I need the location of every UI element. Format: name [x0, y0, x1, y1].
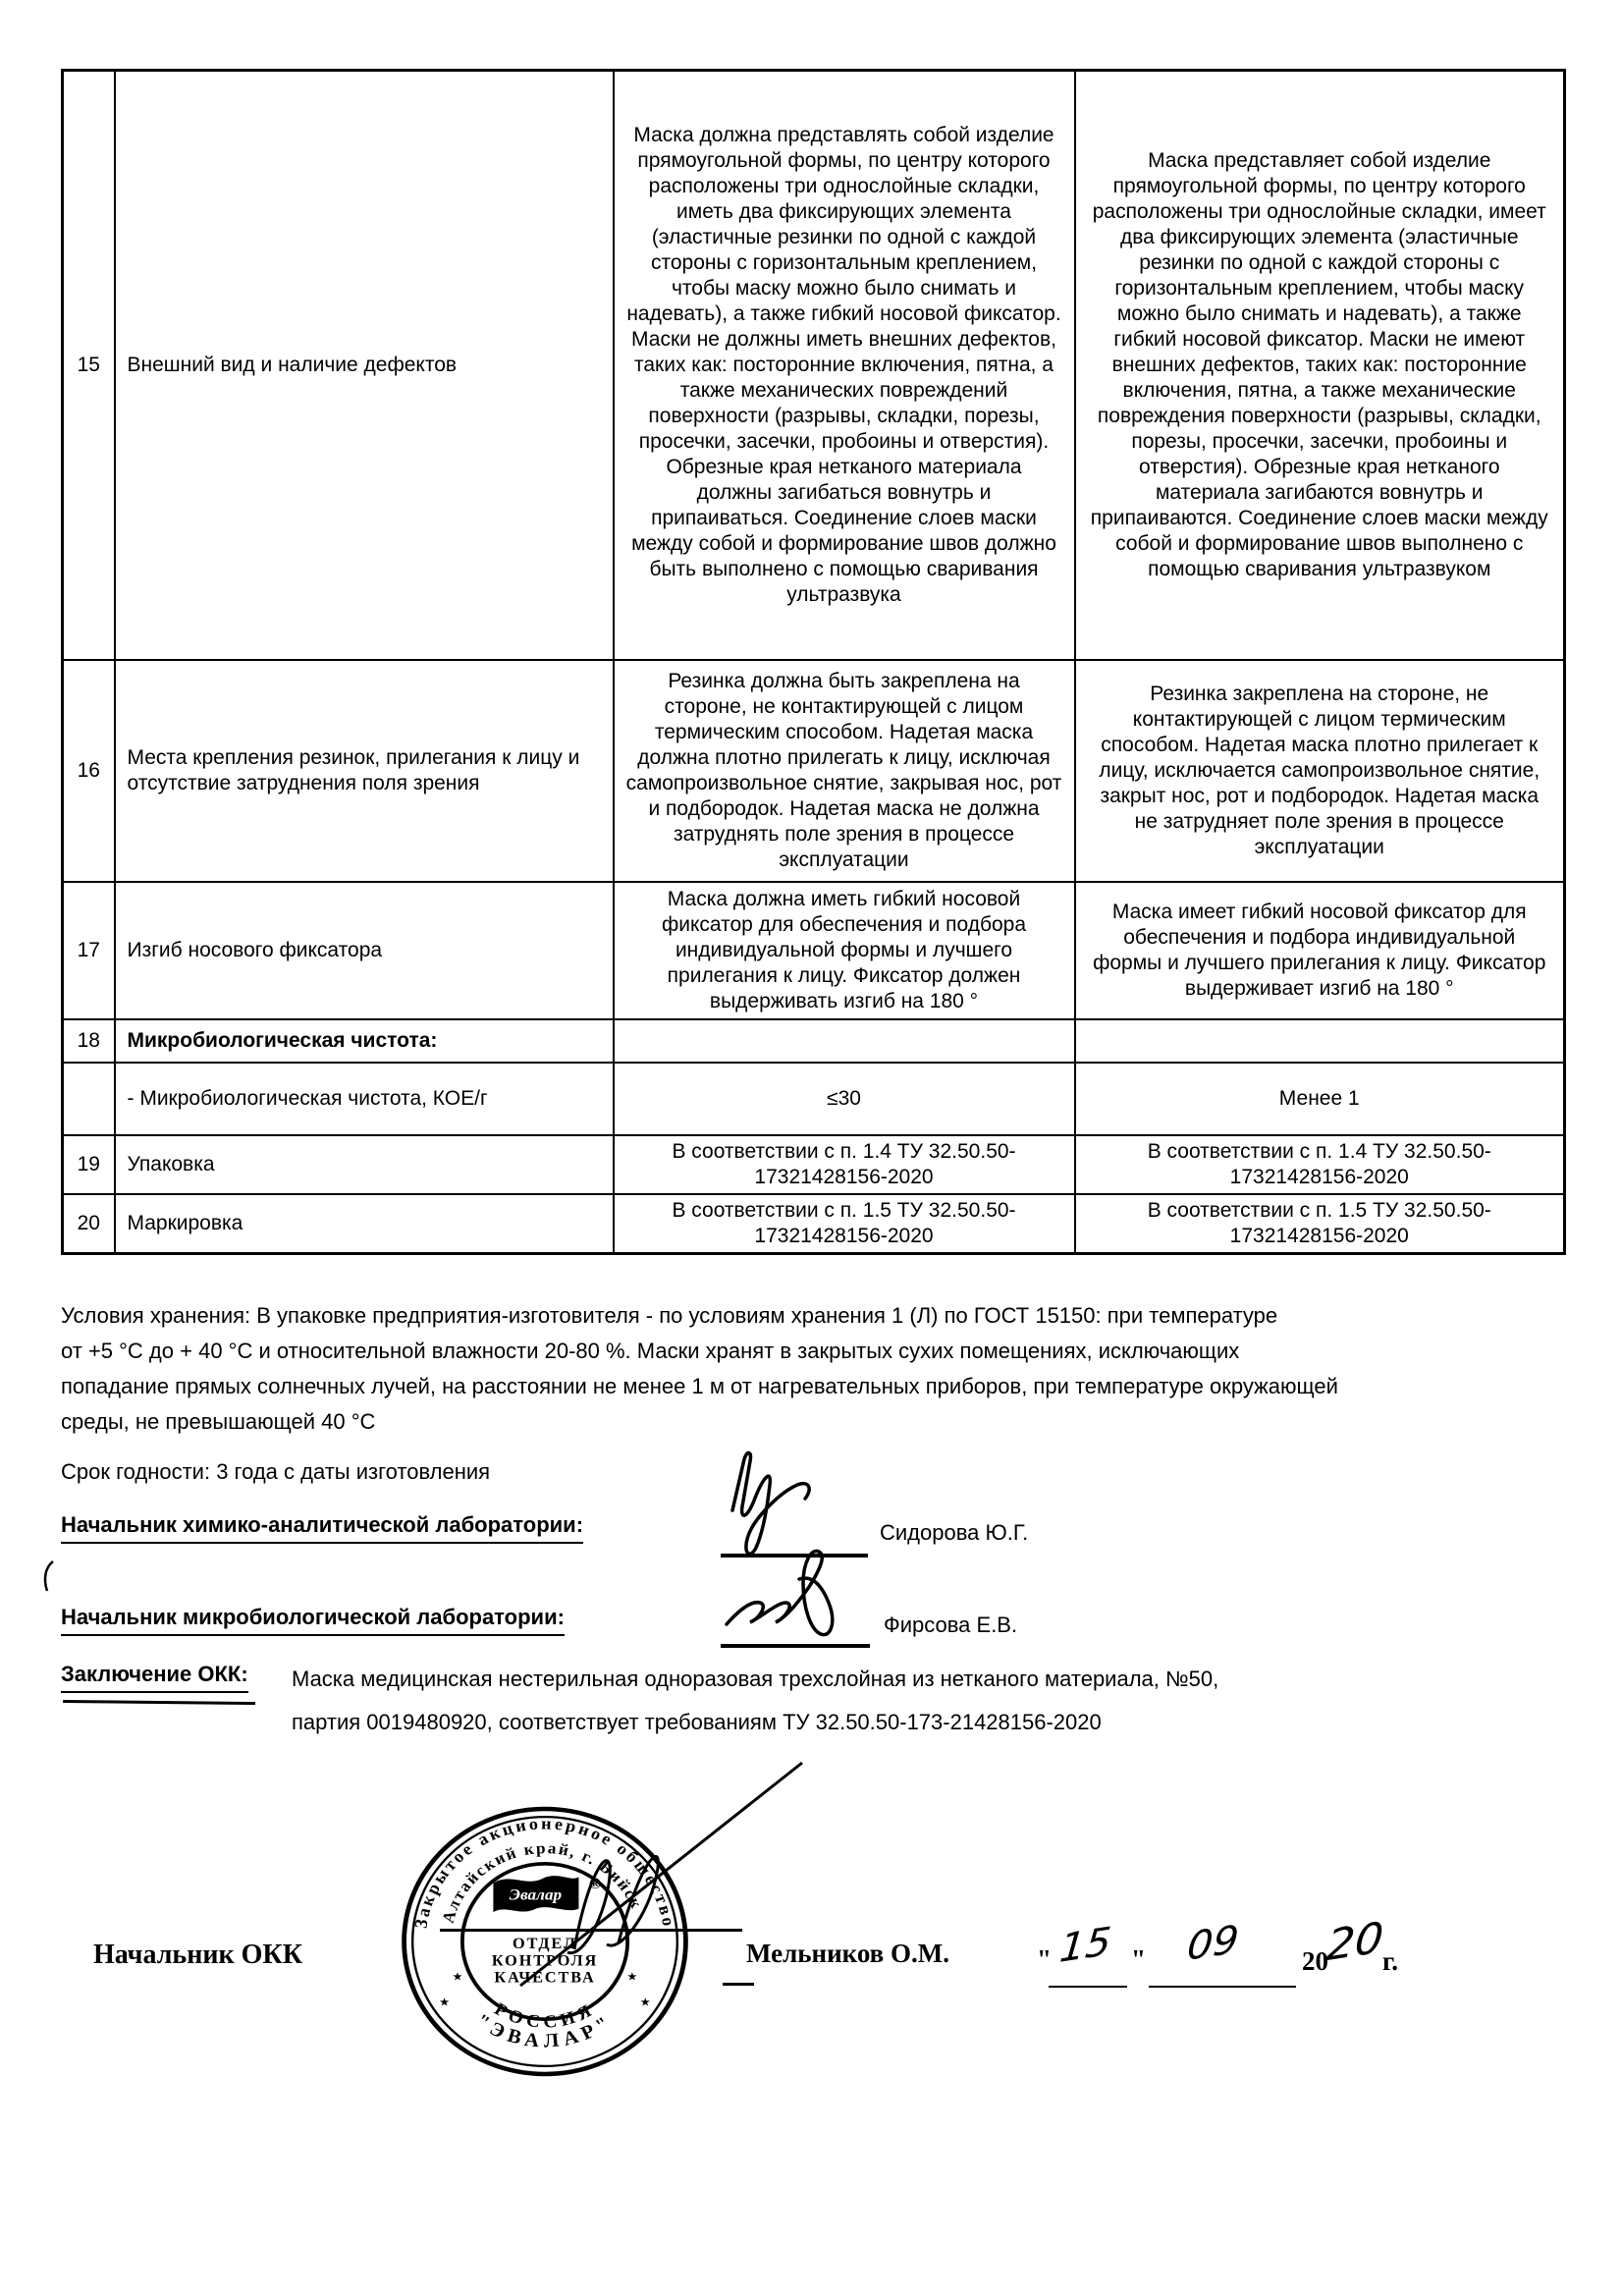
date-month-handwritten: 09: [1185, 1917, 1240, 1969]
table-row: 15 Внешний вид и наличие дефектов Маска …: [63, 71, 1565, 660]
table-row: 19 Упаковка В соответствии с п. 1.4 ТУ 3…: [63, 1135, 1565, 1194]
table-row: 16 Места крепления резинок, прилегания к…: [63, 660, 1565, 882]
shelf-life-text: Срок годности: 3 года с даты изготовлени…: [61, 1459, 490, 1485]
quality-certificate-page: 15 Внешний вид и наличие дефектов Маска …: [0, 0, 1621, 2296]
parameter-name-cell: Маркировка: [115, 1194, 614, 1254]
parameter-name-cell: - Микробиологическая чистота, КОЕ/г: [115, 1063, 614, 1135]
row-number-cell: 17: [63, 882, 115, 1019]
requirement-cell: В соответствии с п. 1.5 ТУ 32.50.50-1732…: [614, 1194, 1075, 1254]
parameter-name-cell: Внешний вид и наличие дефектов: [115, 71, 614, 660]
date-month-underline: [1149, 1986, 1296, 1988]
chem-lab-head-name: Сидорова Ю.Г.: [880, 1520, 1028, 1546]
micro-lab-head-label: Начальник микробиологической лаборатории…: [61, 1605, 565, 1636]
parameter-name-cell: Места крепления резинок, прилегания к ли…: [115, 660, 614, 882]
table-row: - Микробиологическая чистота, КОЕ/г ≤30 …: [63, 1063, 1565, 1135]
result-cell: Менее 1: [1075, 1063, 1565, 1135]
result-cell: В соответствии с п. 1.5 ТУ 32.50.50-1732…: [1075, 1194, 1565, 1254]
underscore-mark: [723, 1983, 754, 1986]
okk-head-signature: [395, 1738, 846, 2102]
parameter-name-cell: Изгиб носового фиксатора: [115, 882, 614, 1019]
row-number-cell: 18: [63, 1019, 115, 1063]
date-year-suffix: г.: [1382, 1946, 1398, 1977]
approval-signature-line: [440, 1929, 742, 1932]
parameter-name-cell: Микробиологическая чистота:: [115, 1019, 614, 1063]
okk-head-title: Начальник ОКК: [93, 1940, 302, 1971]
requirement-cell: ≤30: [614, 1063, 1075, 1135]
micro-lab-head-signature: [717, 1540, 893, 1653]
row-number-cell: 15: [63, 71, 115, 660]
row-number-cell: 16: [63, 660, 115, 882]
row-number-cell: 20: [63, 1194, 115, 1254]
date-open-quote: ": [1037, 1944, 1052, 1975]
okk-conclusion-text: Маска медицинская нестерильная одноразов…: [292, 1658, 1499, 1744]
result-cell: Резинка закреплена на стороне, не контак…: [1075, 660, 1565, 882]
okk-conclusion-label: Заключение ОКК:: [61, 1662, 248, 1693]
okk-head-name: Мельников О.М.: [746, 1939, 949, 1969]
date-day-underline: [1049, 1986, 1127, 1988]
result-cell: Маска представляет собой изделие прямоуг…: [1075, 71, 1565, 660]
date-day-handwritten: 15: [1057, 1919, 1112, 1971]
result-cell: [1075, 1019, 1565, 1063]
chem-lab-head-label: Начальник химико-аналитической лаборатор…: [61, 1512, 583, 1544]
date-year-handwritten: 20: [1324, 1913, 1385, 1971]
table-row: 17 Изгиб носового фиксатора Маска должна…: [63, 882, 1565, 1019]
micro-lab-head-name: Фирсова Е.В.: [884, 1613, 1017, 1638]
specification-table: 15 Внешний вид и наличие дефектов Маска …: [61, 69, 1566, 1255]
result-cell: В соответствии с п. 1.4 ТУ 32.50.50-1732…: [1075, 1135, 1565, 1194]
requirement-cell: Маска должна представлять собой изделие …: [614, 71, 1075, 660]
result-cell: Маска имеет гибкий носовой фиксатор для …: [1075, 882, 1565, 1019]
date-close-quote: ": [1131, 1944, 1146, 1975]
requirement-cell: [614, 1019, 1075, 1063]
conclusion-label-scribble-underline: [63, 1700, 255, 1705]
stray-mark: [39, 1559, 59, 1593]
requirement-cell: Маска должна иметь гибкий носовой фиксат…: [614, 882, 1075, 1019]
table-row: 18 Микробиологическая чистота:: [63, 1019, 1565, 1063]
row-number-cell: [63, 1063, 115, 1135]
table-row: 20 Маркировка В соответствии с п. 1.5 ТУ…: [63, 1194, 1565, 1254]
row-number-cell: 19: [63, 1135, 115, 1194]
parameter-name-cell: Упаковка: [115, 1135, 614, 1194]
requirement-cell: Резинка должна быть закреплена на сторон…: [614, 660, 1075, 882]
requirement-cell: В соответствии с п. 1.4 ТУ 32.50.50-1732…: [614, 1135, 1075, 1194]
storage-conditions-text: Условия хранения: В упаковке предприятия…: [61, 1298, 1578, 1440]
